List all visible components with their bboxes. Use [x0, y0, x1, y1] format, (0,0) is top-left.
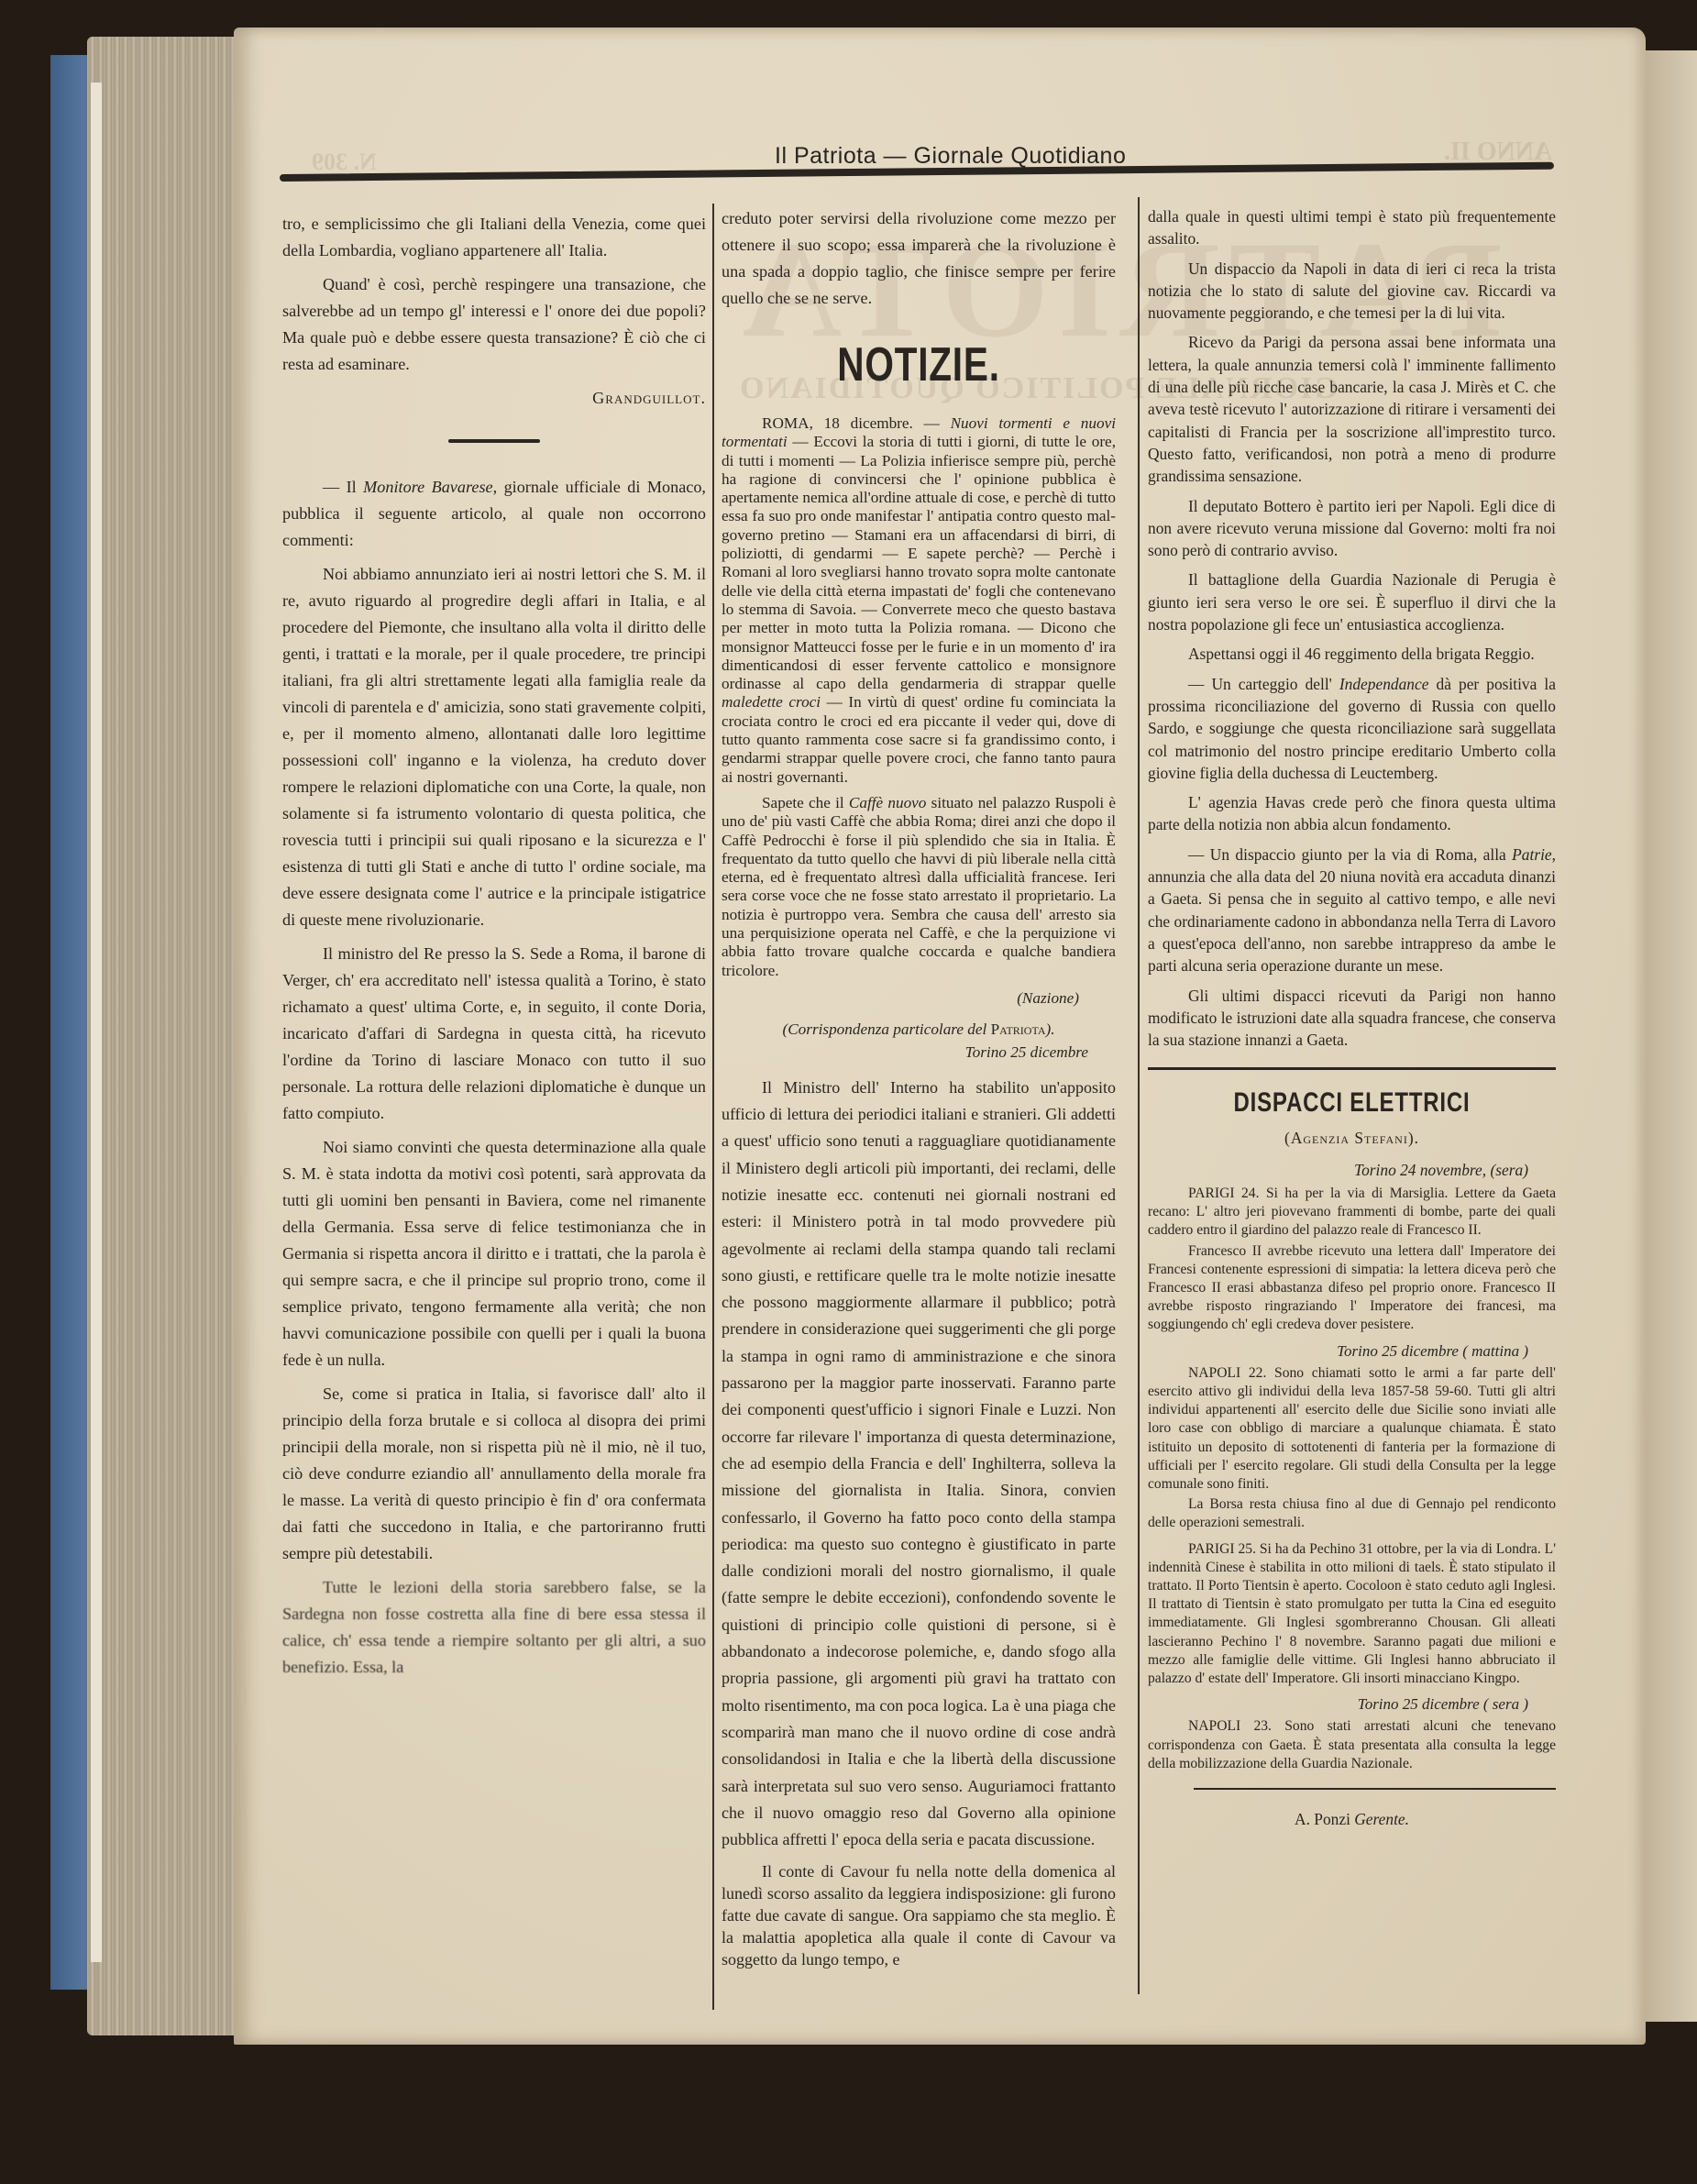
dispatch: PARIGI 25. Si ha da Pechino 31 ottobre, … — [1148, 1540, 1556, 1689]
paragraph: Il battaglione della Guardia Nazionale d… — [1148, 568, 1556, 635]
next-page-edge — [1641, 50, 1697, 2022]
correspondence-heading: (Corrispondenza particolare del Patriota… — [722, 1020, 1116, 1039]
dispatch: NAPOLI 23. Sono stati arrestati alcuni c… — [1148, 1717, 1556, 1773]
column-left: tro, e semplicissimo che gli Italiani de… — [282, 211, 706, 1688]
text: ). — [1046, 1020, 1055, 1038]
ornamental-rule — [448, 439, 540, 443]
text: Sapete che il — [762, 794, 849, 811]
column-middle: creduto poter servirsi della rivoluzione… — [722, 205, 1116, 1978]
page-edge-strip — [91, 83, 102, 1962]
column-rule-1 — [712, 204, 714, 2010]
text: Patriota — [991, 1020, 1046, 1038]
text-italic: Caffè nuovo — [849, 794, 926, 811]
column-right: dalla quale in questi ultimi tempi è sta… — [1148, 205, 1556, 1830]
author-signature: Grandguillot. — [282, 385, 706, 412]
dispatch: La Borsa resta chiusa fino al due di Gen… — [1148, 1495, 1556, 1532]
news-agency: (Agenzia Stefani). — [1148, 1127, 1556, 1149]
paragraph: Il deputato Bottero è partito ieri per N… — [1148, 495, 1556, 562]
paragraph: tro, e semplicissimo che gli Italiani de… — [282, 211, 706, 264]
section-divider — [1148, 1067, 1556, 1070]
paragraph: Noi siamo convinti che questa determinaz… — [282, 1134, 706, 1373]
paragraph-monitore: — Il Monitore Bavarese, giornale ufficia… — [282, 474, 706, 554]
paragraph: Il conte di Cavour fu nella notte della … — [722, 1860, 1116, 1970]
paragraph: creduto poter servirsi della rivoluzione… — [722, 205, 1116, 312]
publication-title: Independance — [1339, 675, 1429, 693]
dateline: Torino 25 dicembre ( mattina ) — [1148, 1342, 1528, 1361]
paragraph: Quand' è così, perchè respingere una tra… — [282, 271, 706, 378]
paragraph: Tutte le lezioni della storia sarebbero … — [282, 1574, 706, 1681]
text: — Un dispaccio giunto per la via di Roma… — [1188, 845, 1512, 864]
dispatch: PARIGI 24. Si ha per la via di Marsiglia… — [1148, 1185, 1556, 1241]
page-stack-edges — [87, 37, 243, 2035]
publisher-signature: A. Ponzi Gerente. — [1148, 1808, 1556, 1830]
paragraph: L' agenzia Havas crede però che finora q… — [1148, 791, 1556, 836]
dispatch: Francesco II avrebbe ricevuto una letter… — [1148, 1242, 1556, 1335]
publication-title: Patrie — [1512, 845, 1551, 864]
paragraph-independance: — Un carteggio dell' Independance dà per… — [1148, 673, 1556, 784]
section-title-notizie: NOTIZIE. — [765, 337, 1072, 392]
paragraph: Noi abbiamo annunziato ieri ai nostri le… — [282, 561, 706, 933]
dateline: Torino 24 novembre, (sera) — [1148, 1159, 1528, 1181]
paragraph-roma: ROMA, 18 dicembre. — Nuovi tormenti e nu… — [722, 414, 1116, 787]
footer-rule — [1194, 1788, 1556, 1790]
column-rule-2 — [1138, 197, 1140, 1994]
text: — Un carteggio dell' — [1188, 675, 1339, 693]
dateline: Torino 25 dicembre ( sera ) — [1148, 1695, 1528, 1714]
paragraph-caffe: Sapete che il Caffè nuovo situato nel pa… — [722, 794, 1116, 980]
text-italic: Gerente. — [1354, 1810, 1409, 1828]
text: situato nel palazzo Ruspoli è uno de' pi… — [722, 794, 1116, 979]
paragraph-patrie: — Un dispaccio giunto per la via di Roma… — [1148, 844, 1556, 977]
paragraph: Il ministro del Re presso la S. Sede a R… — [282, 941, 706, 1127]
running-title: Il Patriota — Giornale Quotidiano — [775, 143, 1126, 170]
text: A. Ponzi — [1295, 1810, 1354, 1828]
paragraph: Un dispaccio da Napoli in data di ieri c… — [1148, 258, 1556, 325]
running-header: Il Patriota — Giornale Quotidiano — [280, 138, 1554, 183]
dateline-place: ROMA, 18 dicembre. — — [762, 414, 951, 432]
text: (Corrispondenza particolare del — [782, 1020, 990, 1038]
text: , annunzia che alla data del 20 niuna no… — [1148, 845, 1556, 975]
paragraph: Aspettansi oggi il 46 reggimento della b… — [1148, 643, 1556, 665]
paragraph: Ricevo da Parigi da persona assai bene i… — [1148, 331, 1556, 487]
paragraph: Se, come si pratica in Italia, si favori… — [282, 1381, 706, 1567]
paragraph: dalla quale in questi ultimi tempi è sta… — [1148, 205, 1556, 250]
paragraph: Gli ultimi dispacci ricevuti da Parigi n… — [1148, 985, 1556, 1052]
text: — Eccovi la storia di tutti i giorni, di… — [722, 433, 1116, 692]
dispatch: NAPOLI 22. Sono chiamati sotto le armi a… — [1148, 1364, 1556, 1494]
text: — Il — [323, 478, 363, 496]
paragraph: Il Ministro dell' Interno ha stabilito u… — [722, 1075, 1116, 1854]
dispatches-block: PARIGI 24. Si ha per la via di Marsiglia… — [1148, 1185, 1556, 1773]
section-title-dispacci: DISPACCI ELETTRICI — [1189, 1086, 1515, 1120]
publication-title: Monitore Bavarese — [363, 478, 492, 496]
text-italic: maledette croci — [722, 693, 821, 711]
source-attribution: (Nazione) — [722, 989, 1079, 1008]
dateline: Torino 25 dicembre — [722, 1043, 1088, 1062]
